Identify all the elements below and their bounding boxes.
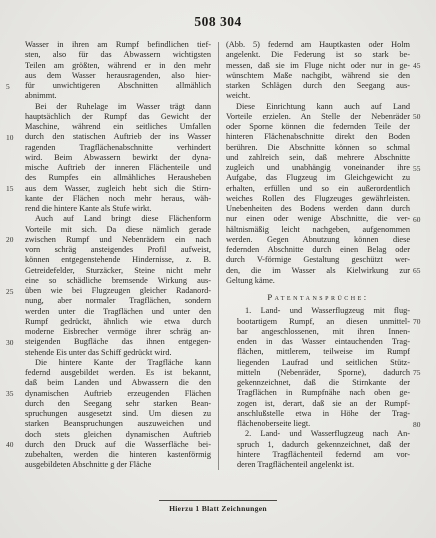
text-line: starken Beanspruchungen auszuweichen und [25,419,211,429]
margin-line-number: 80 [413,420,427,430]
text-line: aus dem Wasser herausragenden, also hier… [25,71,211,81]
text-line: eine so schädliche bremsende Wirkung aus… [25,276,211,286]
text-line: Bei der Ruhelage im Wasser trägt dann [25,102,211,112]
text-line: Teilen am größten, während er in den meh… [25,61,211,71]
text-line: Geltung käme. [226,276,410,286]
text-line: werden. Gegen Abnutzung können diese [226,235,410,245]
text-line: doch stets gleichen dynamischen Auftrieb [25,430,211,440]
margin-line-number: 40 [6,440,20,450]
text-line: und zahlreich sein, daß mehrere Abschnit… [226,153,410,163]
text-line: Maschine, während ein seitliches Umfalle… [25,122,211,132]
text-line: Vorteile mit sich. Da diese nämlich gera… [25,225,211,235]
margin-line-number: 75 [413,368,427,378]
column-divider-rule [218,42,219,470]
margin-line-number: 30 [6,338,20,348]
text-line: werden unter die Tragflächen und unter d… [25,307,211,317]
text-line: ragenden Tragflächenabschnitte verhinder… [25,143,211,153]
margin-line-number: 25 [6,287,20,297]
text-line: rend die hintere Kante als Stufe wirkt. [25,204,211,214]
text-line: zugleich und unabhängig voneinander ihre… [226,163,410,173]
text-line: vorn schräg ansteigendes Profil aufweist… [25,245,211,255]
text-line: abnimmt. [25,91,211,101]
footer-rule [159,500,277,501]
text-line: durch den statischen Auftrieb der ins Wa… [25,132,211,142]
text-line: steigenden Bugfläche das ihnen entgegen-… [25,337,211,347]
text-line: dynamischen Auftrieb erzeugenden Flächen… [25,389,211,399]
text-line: zogen ist, derart, daß sie an der Rumpf- [226,399,410,409]
text-line: gekennzeichnet, daß die Stirnkante der [226,378,410,388]
margin-line-number: 70 [413,317,427,327]
text-line: durch den Seegang sehr starken Bean- [25,399,211,409]
text-line: messen, daß sie im Fluge nicht oder nur … [226,61,410,71]
patent-claims-heading: Patentansprüche: [226,292,410,302]
text-line: nur einen oder wenige Abschnitte, die ve… [226,214,410,224]
text-line: sten, also für das Abwassern wichtigsten [25,50,211,60]
text-line: durch V-förmige Gestaltung geschützt wer… [226,255,410,265]
text-line: üben wie bei Flugzeugen gleicher Radanor… [25,286,211,296]
text-line: flächen, mittlerem, teilweise im Rumpf [226,347,410,357]
text-line: für unwichtigeren Abschnitten allmählich… [25,81,211,91]
text-line: enden in das Wasser eintauchenden Trag- [226,337,410,347]
text-line: federnden Abschnitte durch einen Belag o… [226,245,410,255]
text-line: flächenoberseite liegt.80 [226,419,410,429]
text-line: Rumpf gedrückt, ähnlich wie etwa durch [25,317,211,327]
text-line: Aufgabe, das Flugzeug im Gleichgewicht z… [226,173,410,183]
text-line: starken Schlägen durch den Seegang aus- [226,81,410,91]
text-line: Wasser in ihren am Rumpf befindlichen ti… [25,40,211,50]
text-line: Unebenheiten des Bodens werden dann durc… [226,204,410,214]
text-line: zwischen Rumpf und Nebenrädern ein nach2… [25,235,211,245]
margin-line-number: 15 [6,184,20,194]
text-line: (Abb. 5) federnd am Hauptkasten oder Hol… [226,40,410,50]
text-line: spruch 1, dadurch gekennzeichnet, daß de… [226,440,410,450]
margin-line-number: 65 [413,266,427,276]
text-line: 2. Land- und Wasserflugzeug nach An- [226,429,410,439]
text-line: erhalten, erfüllen und so ein außerorden… [226,184,410,194]
text-line: Tragflächen in Rumpfnähe nach oben ge- [226,388,410,398]
margin-line-number: 60 [413,215,427,225]
text-line: des Rumpfes ein allmähliches Herausheben [25,173,211,183]
text-line: kante der Flächen noch mehr heraus, wäh- [25,194,211,204]
text-line: liegenden Laufrad und seitlichen Stütz- [226,358,410,368]
text-line: hältnismäßig leicht nachgeben, aufgenomm… [226,225,410,235]
text-line: Die hintere Kante der Tragfläche kann [25,358,211,368]
right-text-column: (Abb. 5) federnd am Hauptkasten oder Hol… [226,40,410,470]
text-line: federnd ausgebildet werden. Es ist bekan… [25,368,211,378]
margin-line-number: 50 [413,112,427,122]
text-line: Getreidefelder, Sturzäcker, Steine nicht… [25,266,211,276]
text-line: 1. Land- und Wasserflugzeug mit flug- [226,306,410,316]
text-line: berühren. Die Abschnitte können so schma… [226,143,410,153]
text-line: bootartigem Rumpf, an diesen unmittel-70 [226,317,410,327]
text-line: moderne Eisbrecher vermöge ihrer schräg … [25,327,211,337]
text-line: zubehalten, werden die hinteren kastenfö… [25,450,211,460]
text-line: angelenkt. Die Federung ist so stark be- [226,50,410,60]
margin-line-number: 35 [6,389,20,399]
patent-document-page: 508 304 Wasser in ihren am Rumpf befindl… [0,0,436,538]
text-line: spruchungen ausgesetzt sind. Um diesen z… [25,409,211,419]
text-line: den, die im Wasser als Kielwirkung zur65 [226,266,410,276]
text-line: können entgegenstehende Hindernisse, z. … [25,255,211,265]
text-line: hauptsächlich der Rumpf das Gewicht der [25,112,211,122]
left-text-column: Wasser in ihren am Rumpf befindlichen ti… [25,40,211,471]
text-line: durch den Druck auf die Wasserfläche bei… [25,440,211,450]
text-line: weicht. [226,91,410,101]
patent-number: 508 304 [0,14,436,30]
text-line: anschlußstelle etwa in Höhe der Trag- [226,409,410,419]
text-line: Vorteile erzielen. An Stelle der Nebenrä… [226,112,410,122]
margin-line-number: 55 [413,164,427,174]
text-line: bar angeschlossenen, mit ihren Innen- [226,327,410,337]
margin-line-number: 5 [6,82,20,92]
text-line: aus dem Wasser, zugleich hebt sich die S… [25,184,211,194]
text-line: weiches Rollen des Flugzeuges gewährleis… [226,194,410,204]
text-line: ausgebildeten Abschnitte g der Fläche [25,460,211,470]
text-line: oder Sporne können die federnden Teile d… [226,122,410,132]
drawings-note: Hierzu 1 Blatt Zeichnungen [0,504,436,513]
text-line: mische Auftrieb der inneren Flächenteile… [25,163,211,173]
text-line: mitteln (Nebenräder, Sporne), dadurch75 [226,368,410,378]
margin-line-number: 10 [6,133,20,143]
text-line: hinteren Flächenabschnitte direkt den Bo… [226,132,410,142]
text-line: wird. Beim Abwassern bewirkt der dyna- [25,153,211,163]
text-line: stehende Eis unter das Schiff gedrückt w… [25,348,211,358]
text-line: wünschtem Maße nachgibt, während sie den [226,71,410,81]
margin-line-number: 20 [6,235,20,245]
text-line: daß beim Landen und Abwassern die den [25,378,211,388]
text-line: hintere Tragflächenteil federnd am vor- [226,450,410,460]
text-line: deren Tragflächenteil angelenkt ist. [226,460,410,470]
text-line: Auch auf Land bringt diese Flächenform [25,214,211,224]
text-line: nung, aber normaler Tragflächen, sondern [25,296,211,306]
page-footer: Hierzu 1 Blatt Zeichnungen [0,500,436,513]
text-line: Diese Einrichtung kann auch auf Land [226,102,410,112]
margin-line-number: 45 [413,61,427,71]
